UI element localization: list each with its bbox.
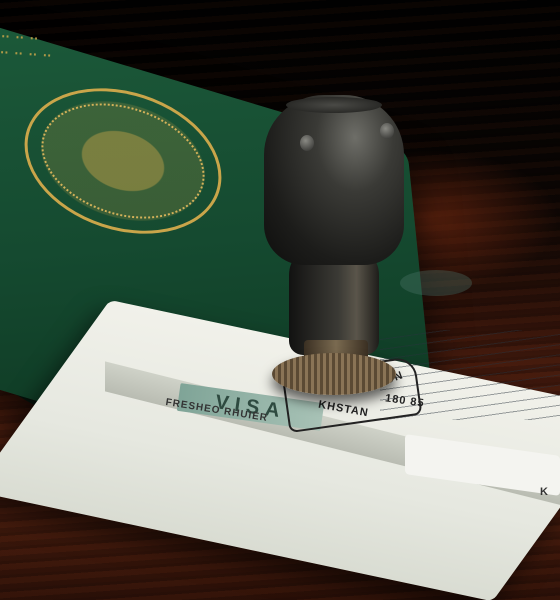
stamp-screw-icon [380,123,394,139]
page-watermark-seal [400,270,472,296]
rubber-stamp [264,95,404,405]
stamp-screw-icon [300,135,314,151]
passport-cover-title: ‥ ‥ ‥ ‥ ‥ ‥ ‥ [0,25,92,81]
page-corner-mark: K [540,486,548,498]
stamp-handle [264,95,404,265]
stamp-handle-top [286,97,382,113]
stamp-base [272,353,396,395]
